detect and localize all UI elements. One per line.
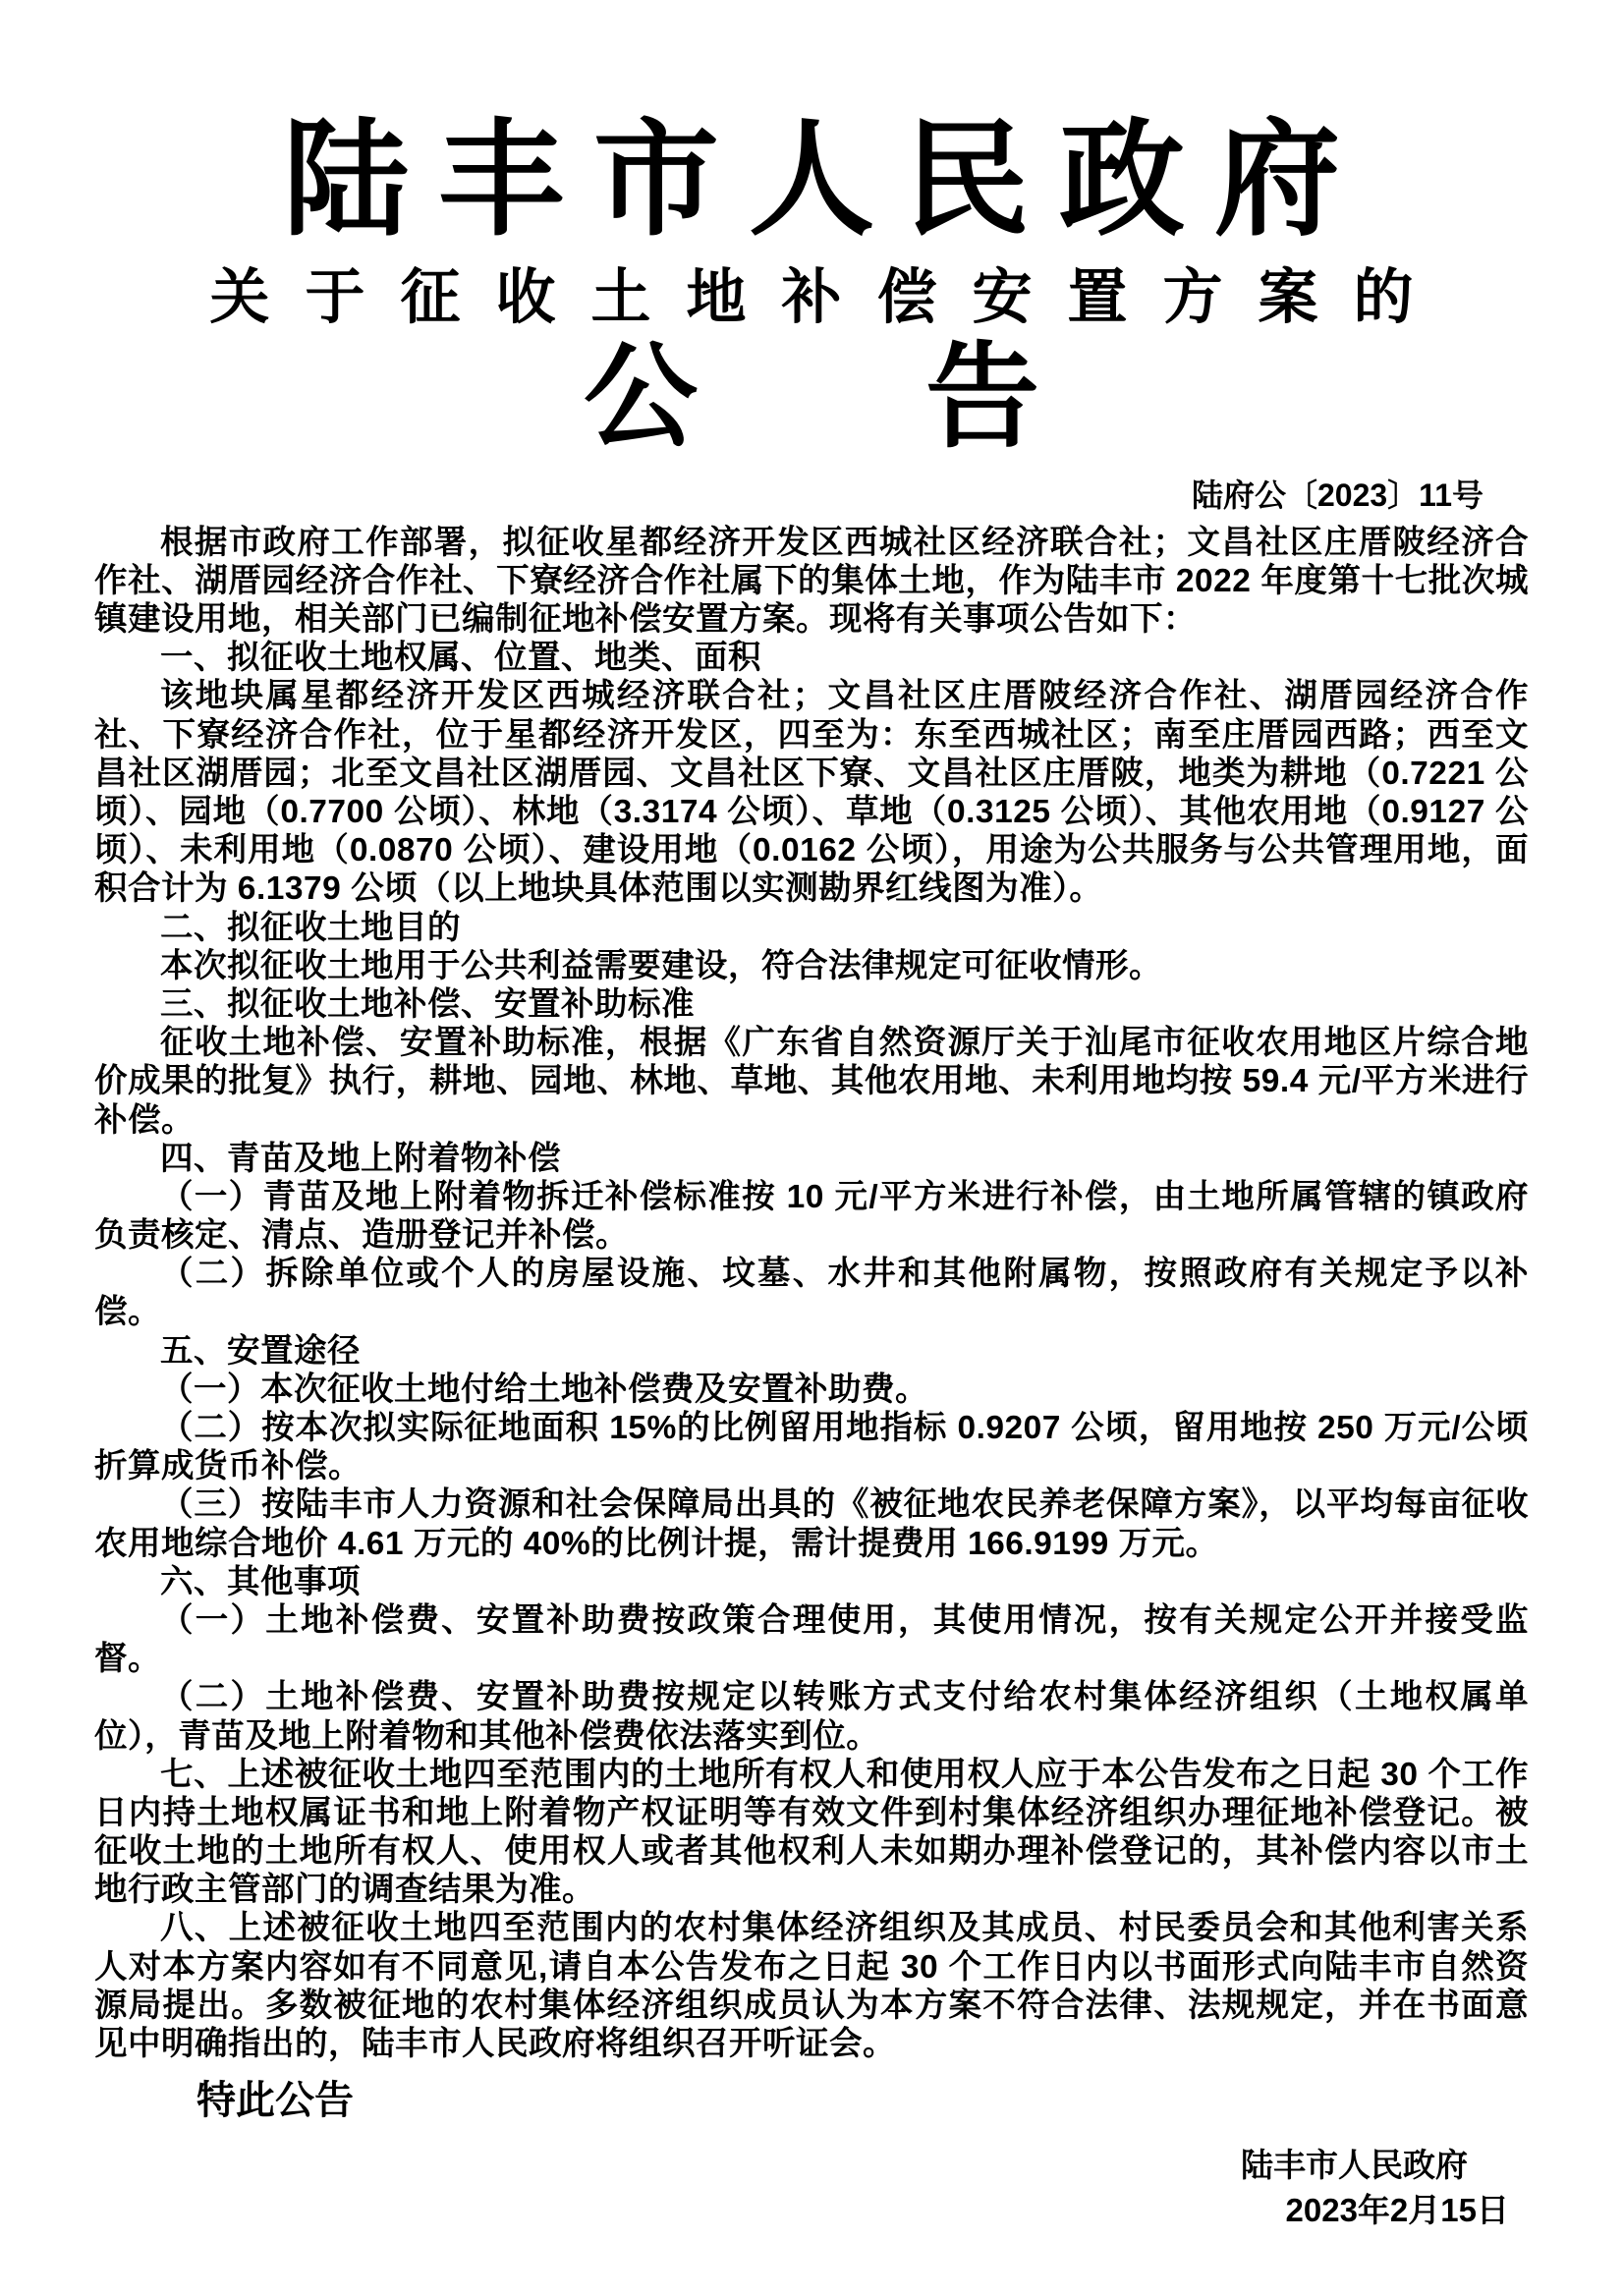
signature-date: 2023年2月15日 (94, 2191, 1529, 2230)
body-paragraph: （三）按陆丰市人力资源和社会保障局出具的《被征地农民养老保障方案》，以平均每亩征… (94, 1485, 1529, 1562)
body-paragraph: （一）土地补偿费、安置补助费按政策合理使用，其使用情况，按有关规定公开并接受监督… (94, 1601, 1529, 1678)
section-heading-2: 二、拟征收土地目的 (94, 909, 1529, 947)
announcement-page: 陆丰市人民政府 关于征收土地补偿安置方案的 公 告 陆府公〔2023〕11号 根… (0, 0, 1623, 2296)
body-paragraph: 该地块属星都经济开发区西城经济联合社；文昌社区庄厝陂经济合作社、湖厝园经济合作社… (94, 677, 1529, 908)
body-paragraph: （二）土地补偿费、安置补助费按规定以转账方式支付给农村集体经济组织（土地权属单位… (94, 1678, 1529, 1755)
section-heading-6: 六、其他事项 (94, 1563, 1529, 1601)
section-heading-5: 五、安置途径 (94, 1332, 1529, 1371)
section-heading-3: 三、拟征收土地补偿、安置补助标准 (94, 985, 1529, 1024)
body-paragraph: （一）本次征收土地付给土地补偿费及安置补助费。 (94, 1371, 1529, 1409)
body-paragraph: （一）青苗及地上附着物拆迁补偿标准按 10 元/平方米进行补偿，由土地所属管辖的… (94, 1178, 1529, 1255)
document-body: 根据市政府工作部署，拟征收星都经济开发区西城社区经济联合社；文昌社区庄厝陂经济合… (94, 524, 1529, 2064)
authority-title: 陆丰市人民政府 (94, 116, 1529, 247)
body-paragraph: 七、上述被征收土地四至范围内的土地所有权人和使用权人应于本公告发布之日起 30 … (94, 1756, 1529, 1910)
body-paragraph: 根据市政府工作部署，拟征收星都经济开发区西城社区经济联合社；文昌社区庄厝陂经济合… (94, 524, 1529, 640)
section-heading-4: 四、青苗及地上附着物补偿 (94, 1140, 1529, 1178)
announcement-subtitle: 关于征收土地补偿安置方案的 (94, 268, 1529, 328)
document-number: 陆府公〔2023〕11号 (94, 477, 1529, 514)
body-paragraph: 本次拟征收土地用于公共利益需要建设，符合法律规定可征收情形。 (94, 947, 1529, 985)
body-paragraph: 八、上述被征收土地四至范围内的农村集体经济组织及其成员、村民委员会和其他利害关系… (94, 1909, 1529, 2063)
body-paragraph: （二）拆除单位或个人的房屋设施、坟墓、水井和其他附属物，按照政府有关规定予以补偿… (94, 1255, 1529, 1331)
section-heading-1: 一、拟征收土地权属、位置、地类、面积 (94, 639, 1529, 677)
closing-statement: 特此公告 (94, 2079, 1529, 2122)
announcement-title: 公 告 (94, 340, 1529, 460)
body-paragraph: 征收土地补偿、安置补助标准，根据《广东省自然资源厅关于汕尾市征收农用地区片综合地… (94, 1024, 1529, 1140)
signature: 陆丰市人民政府 (94, 2146, 1529, 2185)
body-paragraph: （二）按本次拟实际征地面积 15%的比例留用地指标 0.9207 公顷，留用地按… (94, 1409, 1529, 1485)
